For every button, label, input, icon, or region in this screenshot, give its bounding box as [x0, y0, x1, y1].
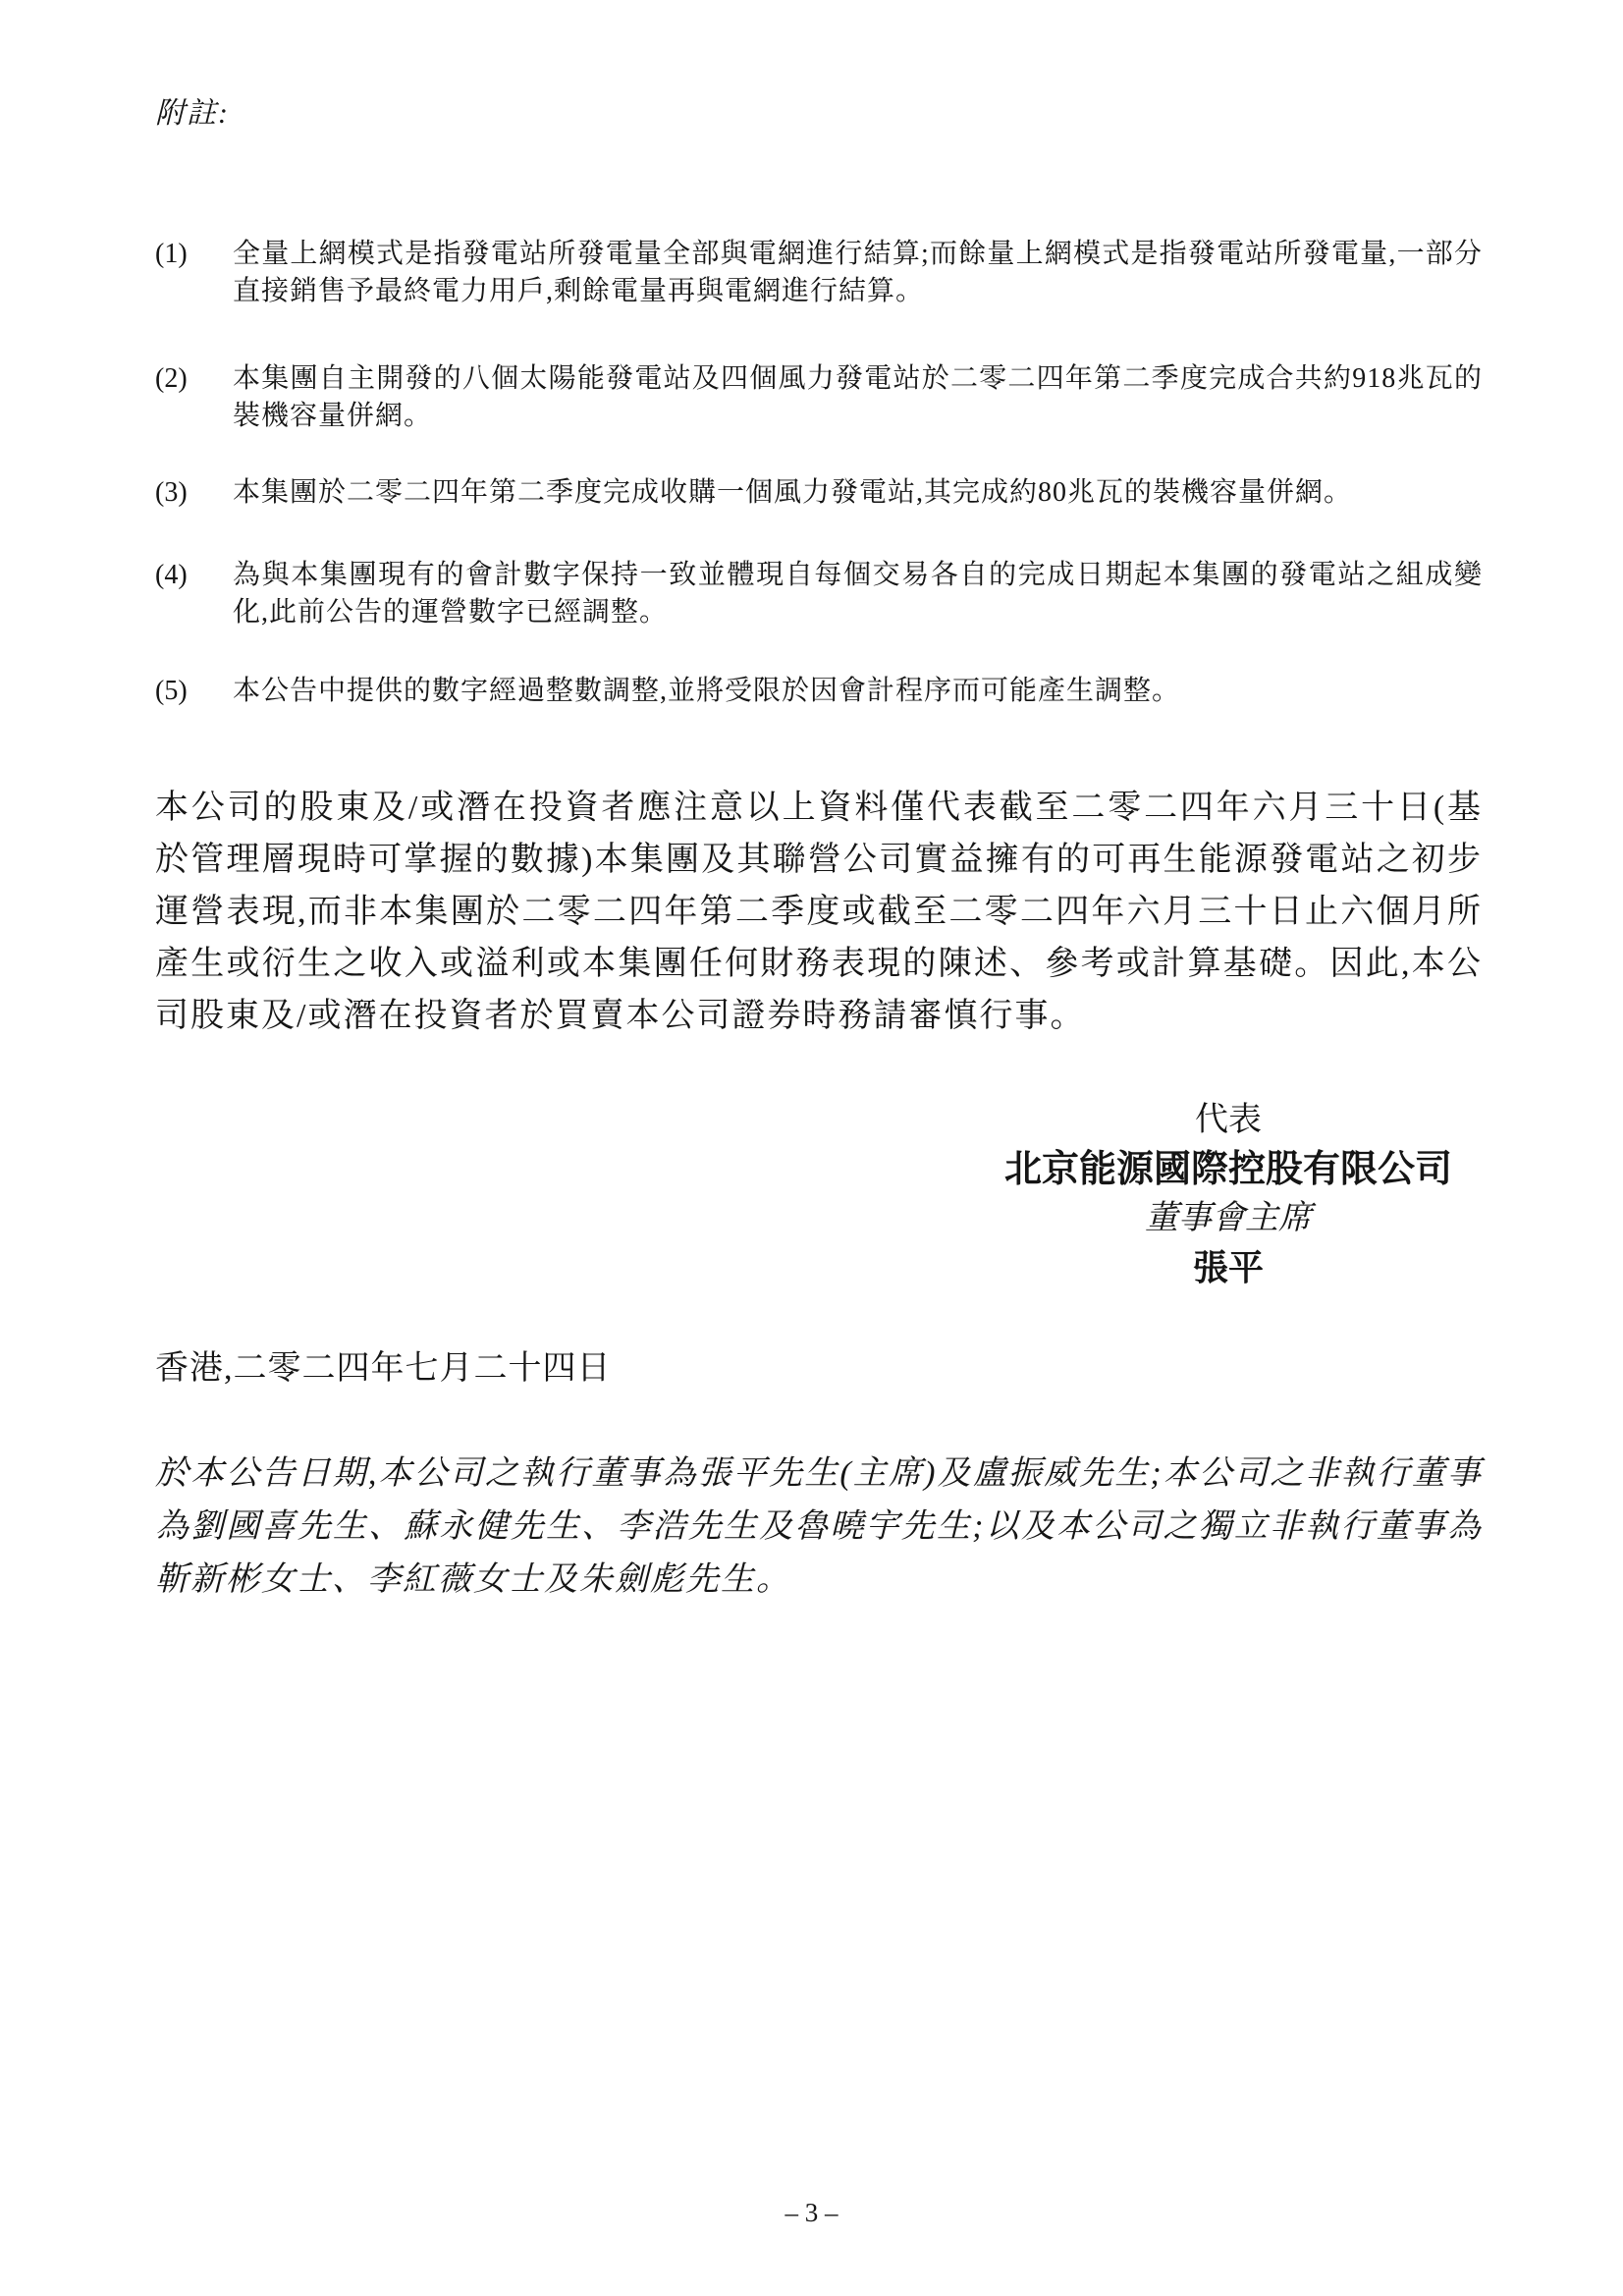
note-item-5: (5) 本公告中提供的數字經過整數調整,並將受限於因會計程序而可能產生調整。: [155, 673, 1483, 710]
note-text: 本公告中提供的數字經過整數調整,並將受限於因會計程序而可能產生調整。: [233, 673, 1483, 710]
note-number: (5): [155, 673, 233, 710]
notes-heading: 附註:: [155, 94, 230, 134]
signature-block: 代表 北京能源國際控股有限公司 董事會主席 張平: [1001, 1096, 1455, 1292]
place-and-date-line: 香港,二零二四年七月二十四日: [155, 1347, 612, 1391]
directors-composition-paragraph: 於本公告日期,本公司之執行董事為張平先生(主席)及盧振威先生;本公司之非執行董事…: [155, 1448, 1483, 1607]
company-name: 北京能源國際控股有限公司: [1001, 1145, 1455, 1194]
signer-name: 張平: [1001, 1243, 1455, 1292]
on-behalf-of-line: 代表: [1001, 1096, 1455, 1145]
note-text: 全量上網模式是指發電站所發電量全部與電網進行結算;而餘量上網模式是指發電站所發電…: [233, 236, 1483, 310]
note-text: 為與本集團現有的會計數字保持一致並體現自每個交易各自的完成日期起本集團的發電站之…: [233, 557, 1483, 631]
note-item-4: (4) 為與本集團現有的會計數字保持一致並體現自每個交易各自的完成日期起本集團的…: [155, 557, 1483, 631]
note-number: (2): [155, 360, 233, 435]
note-number: (4): [155, 557, 233, 631]
note-item-2: (2) 本集團自主開發的八個太陽能發電站及四個風力發電站於二零二四年第二季度完成…: [155, 360, 1483, 435]
page-number: – 3 –: [0, 2196, 1623, 2229]
note-item-3: (3) 本集團於二零二四年第二季度完成收購一個風力發電站,其完成約80兆瓦的裝機…: [155, 474, 1483, 512]
note-text: 本集團於二零二四年第二季度完成收購一個風力發電站,其完成約80兆瓦的裝機容量併網…: [233, 474, 1483, 512]
note-text: 本集團自主開發的八個太陽能發電站及四個風力發電站於二零二四年第二季度完成合共約9…: [233, 360, 1483, 435]
shareholder-disclaimer-paragraph: 本公司的股東及/或潛在投資者應注意以上資料僅代表截至二零二四年六月三十日(基於管…: [155, 782, 1483, 1042]
note-item-1: (1) 全量上網模式是指發電站所發電量全部與電網進行結算;而餘量上網模式是指發電…: [155, 236, 1483, 310]
announcement-page: 附註: (1) 全量上網模式是指發電站所發電量全部與電網進行結算;而餘量上網模式…: [0, 0, 1623, 2296]
chairman-title: 董事會主席: [1001, 1194, 1455, 1243]
note-number: (3): [155, 474, 233, 512]
note-number: (1): [155, 236, 233, 310]
